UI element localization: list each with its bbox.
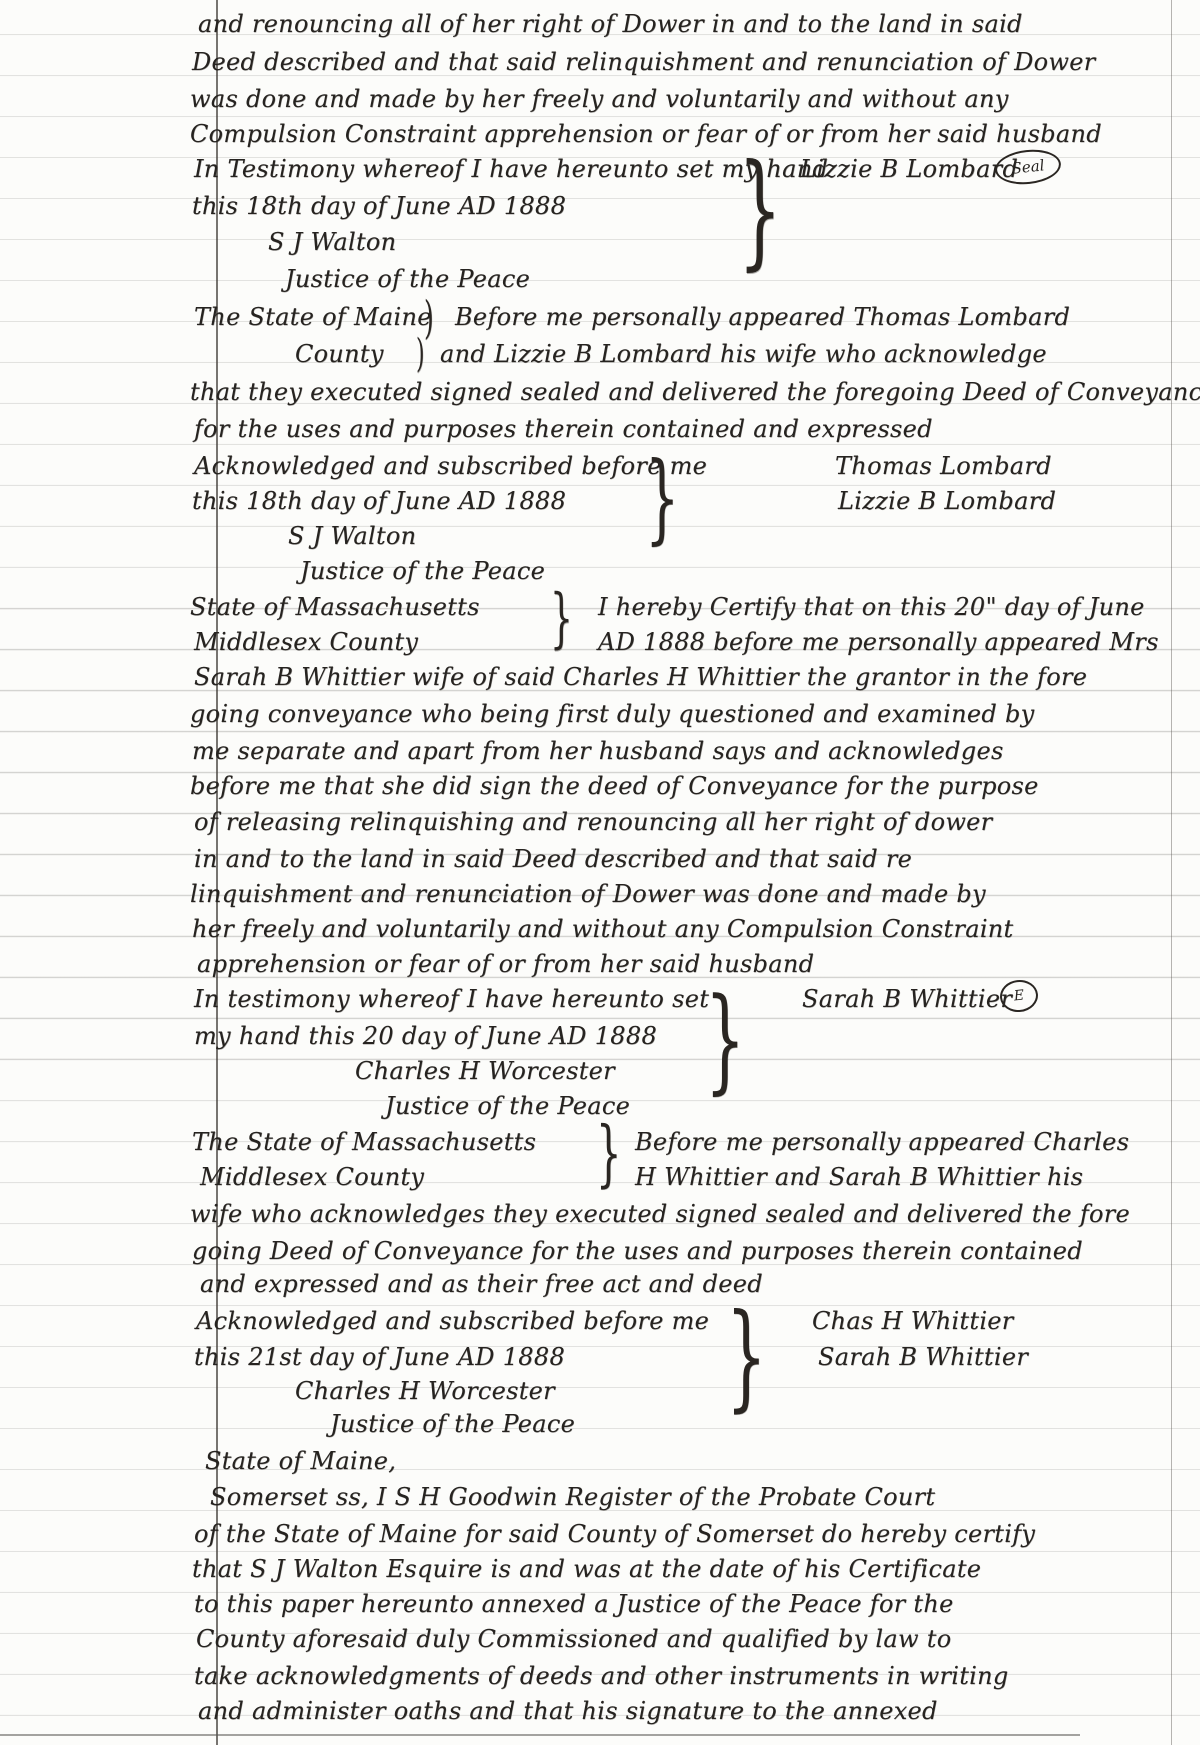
text-segment: Lizzie B Lombard [800, 155, 1018, 183]
text-segment: take acknowledgments of deeds and other … [194, 1662, 1009, 1690]
handwritten-line: Acknowledged and subscribed before meCha… [0, 1307, 1200, 1341]
text-segment: that they executed signed sealed and del… [190, 378, 1200, 406]
handwritten-line: of releasing relinquishing and renouncin… [0, 808, 1200, 842]
text-segment: In Testimony whereof I have hereunto set… [194, 155, 828, 183]
text-segment: Sarah B Whittier [802, 985, 1012, 1013]
text-segment: County aforesaid duly Commissioned and q… [196, 1625, 951, 1653]
curly-brace-mark: } [550, 588, 573, 653]
handwritten-line: before me that she did sign the deed of … [0, 772, 1200, 806]
text-segment: Charles H Worcester [355, 1057, 615, 1085]
paren-mark: ) [416, 336, 425, 376]
handwritten-line: Deed described and that said relinquishm… [0, 48, 1200, 82]
text-segment: Somerset ss, I S H Goodwin Register of t… [210, 1483, 935, 1511]
handwritten-line: going Deed of Conveyance for the uses an… [0, 1237, 1200, 1271]
text-segment: and Lizzie B Lombard his wife who acknow… [440, 340, 1047, 368]
handwritten-line: that S J Walton Esquire is and was at th… [0, 1555, 1200, 1589]
handwritten-line: County aforesaid duly Commissioned and q… [0, 1625, 1200, 1659]
text-segment: Sarah B Whittier [818, 1343, 1028, 1371]
text-segment: Lizzie B Lombard [838, 487, 1056, 515]
handwritten-line: Compulsion Constraint apprehension or fe… [0, 120, 1200, 154]
text-segment: going conveyance who being first duly qu… [190, 700, 1035, 728]
text-segment: Deed described and that said relinquishm… [192, 48, 1096, 76]
text-segment: Justice of the Peace [300, 557, 545, 585]
handwritten-line: her freely and voluntarily and without a… [0, 915, 1200, 949]
text-segment: In testimony whereof I have hereunto set [194, 985, 709, 1013]
text-segment: Before me personally appeared Charles [635, 1128, 1129, 1156]
text-segment: that S J Walton Esquire is and was at th… [192, 1555, 981, 1583]
text-segment: this 18th day of June AD 1888 [192, 192, 566, 220]
text-segment: Acknowledged and subscribed before me [194, 452, 707, 480]
handwritten-line: that they executed signed sealed and del… [0, 378, 1200, 412]
handwritten-line: me separate and apart from her husband s… [0, 737, 1200, 771]
text-segment: this 21st day of June AD 1888 [194, 1343, 565, 1371]
text-segment: S J Walton [288, 522, 416, 550]
handwritten-line: this 21st day of June AD 1888Sarah B Whi… [0, 1343, 1200, 1377]
handwritten-line: wife who acknowledges they executed sign… [0, 1200, 1200, 1234]
text-segment: and administer oaths and that his signat… [198, 1697, 938, 1725]
handwritten-line: State of Maine, [0, 1447, 1200, 1481]
text-segment: her freely and voluntarily and without a… [192, 915, 1014, 943]
handwritten-line: in and to the land in said Deed describe… [0, 845, 1200, 879]
handwritten-line: was done and made by her freely and volu… [0, 85, 1200, 119]
text-segment: in and to the land in said Deed describe… [194, 845, 912, 873]
text-segment: S J Walton [268, 228, 396, 256]
text-segment: going Deed of Conveyance for the uses an… [192, 1237, 1083, 1265]
curly-brace-mark: } [738, 150, 782, 274]
handwritten-line: Middlesex CountyAD 1888 before me person… [0, 628, 1200, 662]
text-segment: I hereby Certify that on this 20" day of… [598, 593, 1145, 621]
text-segment: wife who acknowledges they executed sign… [190, 1200, 1130, 1228]
handwritten-line: and expressed and as their free act and … [0, 1270, 1200, 1304]
text-segment: linquishment and renunciation of Dower w… [190, 880, 986, 908]
handwritten-line: Somerset ss, I S H Goodwin Register of t… [0, 1483, 1200, 1517]
text-segment: for the uses and purposes therein contai… [194, 415, 933, 443]
text-segment: my hand this 20 day of June AD 1888 [194, 1022, 657, 1050]
handwritten-line: this 18th day of June AD 1888 [0, 192, 1200, 226]
text-segment: AD 1888 before me personally appeared Mr… [598, 628, 1159, 656]
text-segment: to this paper hereunto annexed a Justice… [194, 1590, 954, 1618]
text-segment: and renouncing all of her right of Dower… [198, 10, 1023, 38]
handwritten-line: this 18th day of June AD 1888Lizzie B Lo… [0, 487, 1200, 521]
curly-brace-mark: } [705, 983, 745, 1096]
handwritten-line: Justice of the Peace [0, 557, 1200, 591]
scanned-page: and renouncing all of her right of Dower… [0, 0, 1200, 1745]
handwritten-line: Countyand Lizzie B Lombard his wife who … [0, 340, 1200, 374]
handwritten-line: Justice of the Peace [0, 1410, 1200, 1444]
handwritten-line: S J Walton [0, 522, 1200, 556]
handwritten-line: Sarah B Whittier wife of said Charles H … [0, 663, 1200, 697]
text-segment: Justice of the Peace [285, 265, 530, 293]
text-segment: The State of Maine [194, 303, 432, 331]
text-segment: Middlesex County [200, 1163, 424, 1191]
text-segment: Acknowledged and subscribed before me [196, 1307, 709, 1335]
handwritten-line: and administer oaths and that his signat… [0, 1697, 1200, 1731]
handwritten-line: State of MassachusettsI hereby Certify t… [0, 593, 1200, 627]
text-segment: Justice of the Peace [385, 1092, 630, 1120]
text-segment: The State of Massachusetts [192, 1128, 536, 1156]
bottom-rule-line [0, 1734, 1080, 1736]
text-segment: and expressed and as their free act and … [200, 1270, 763, 1298]
text-segment: me separate and apart from her husband s… [192, 737, 1004, 765]
text-segment: Justice of the Peace [330, 1410, 575, 1438]
text-segment: Sarah B Whittier wife of said Charles H … [194, 663, 1087, 691]
text-segment: State of Maine, [205, 1447, 396, 1475]
text-segment: Thomas Lombard [835, 452, 1052, 480]
curly-brace-mark: } [645, 450, 679, 547]
handwritten-line: S J Walton [0, 228, 1200, 262]
curly-brace-mark: } [726, 1300, 767, 1415]
handwritten-line: going conveyance who being first duly qu… [0, 700, 1200, 734]
handwritten-line: for the uses and purposes therein contai… [0, 415, 1200, 449]
handwritten-line: linquishment and renunciation of Dower w… [0, 880, 1200, 914]
text-segment: H Whittier and Sarah B Whittier his [635, 1163, 1083, 1191]
text-segment: Chas H Whittier [812, 1307, 1014, 1335]
handwritten-line: Justice of the Peace [0, 265, 1200, 299]
handwritten-line: my hand this 20 day of June AD 1888 [0, 1022, 1200, 1056]
handwritten-line: of the State of Maine for said County of… [0, 1520, 1200, 1554]
handwritten-line: Acknowledged and subscribed before meTho… [0, 452, 1200, 486]
text-segment: Middlesex County [194, 628, 418, 656]
handwritten-line: and renouncing all of her right of Dower… [0, 10, 1200, 44]
paren-mark: ) [424, 295, 434, 340]
text-segment: State of Massachusetts [190, 593, 480, 621]
handwritten-line: Charles H Worcester [0, 1057, 1200, 1091]
handwritten-line: Charles H Worcester [0, 1377, 1200, 1411]
text-segment: of the State of Maine for said County of… [194, 1520, 1035, 1548]
text-segment: Before me personally appeared Thomas Lom… [455, 303, 1070, 331]
text-segment: Charles H Worcester [295, 1377, 555, 1405]
handwritten-line: take acknowledgments of deeds and other … [0, 1662, 1200, 1696]
text-segment: was done and made by her freely and volu… [190, 85, 1009, 113]
handwritten-line: to this paper hereunto annexed a Justice… [0, 1590, 1200, 1624]
text-segment: before me that she did sign the deed of … [190, 772, 1039, 800]
curly-brace-mark: } [596, 1118, 621, 1190]
text-segment: County [295, 340, 384, 368]
text-segment: Compulsion Constraint apprehension or fe… [190, 120, 1102, 148]
handwritten-line: The State of MaineBefore me personally a… [0, 303, 1200, 337]
text-segment: of releasing relinquishing and renouncin… [194, 808, 992, 836]
text-segment: this 18th day of June AD 1888 [192, 487, 566, 515]
